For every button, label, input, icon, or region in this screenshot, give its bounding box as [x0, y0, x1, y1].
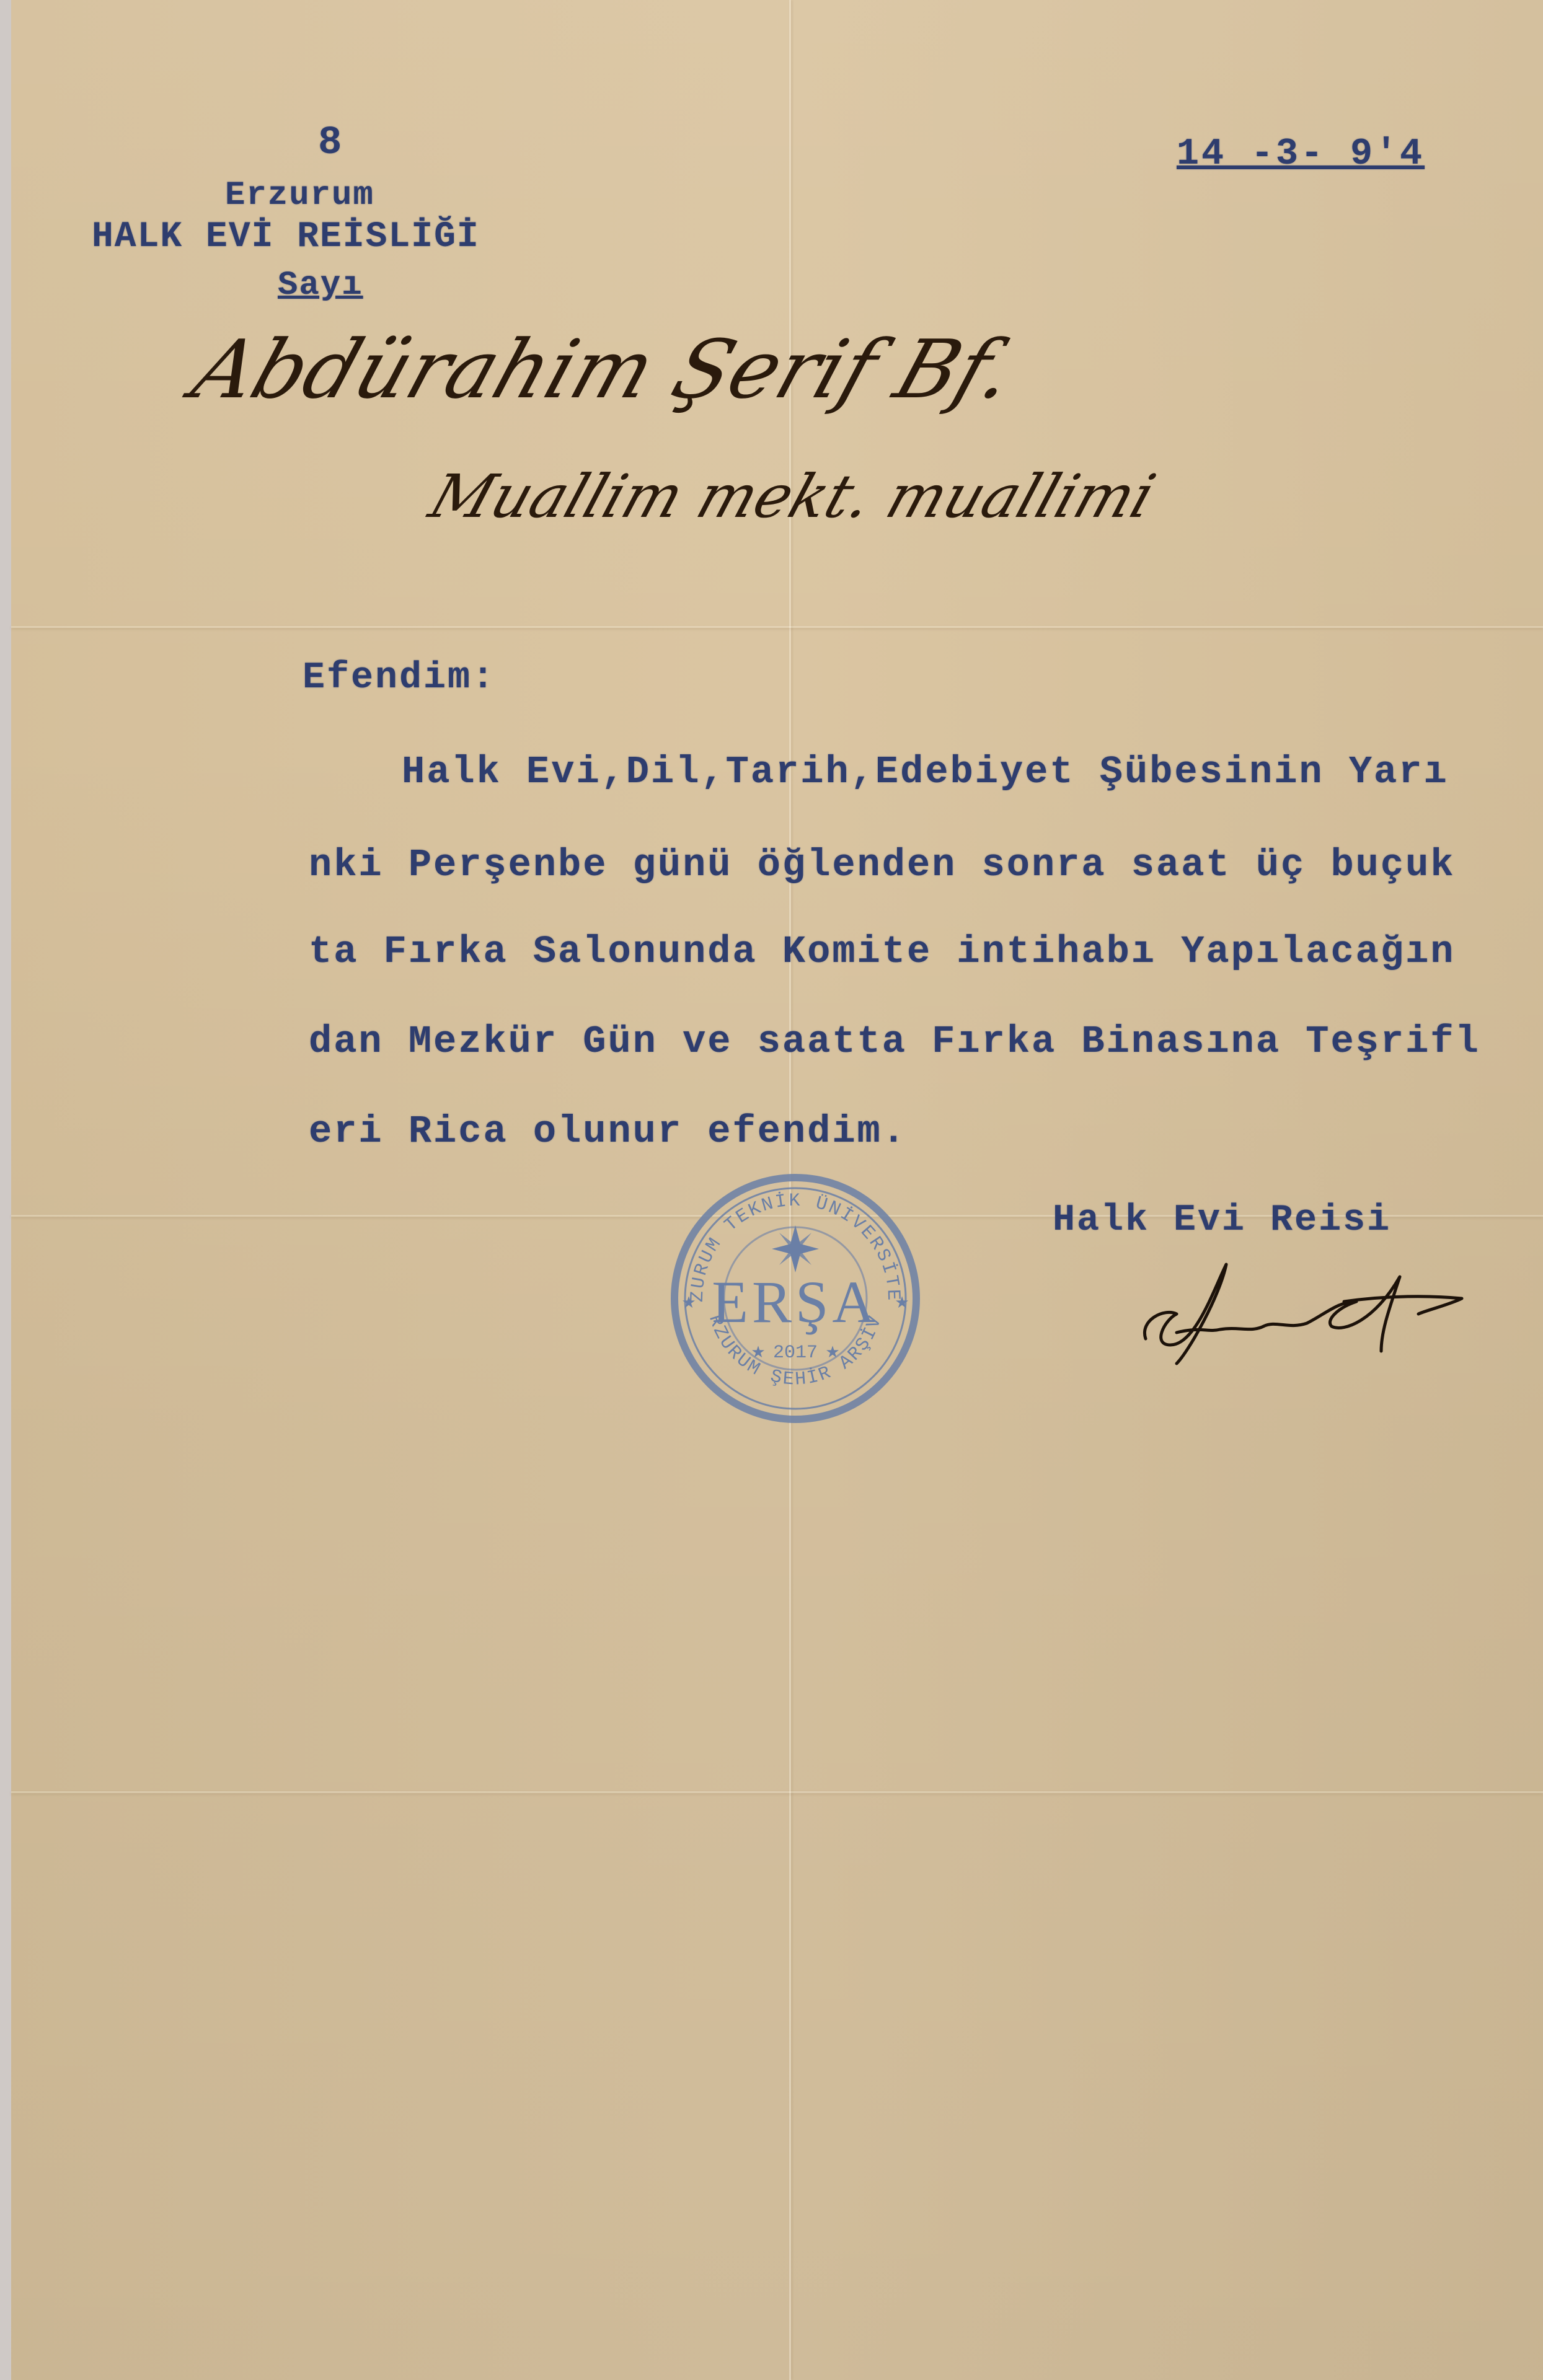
svg-text:★: ★: [751, 1343, 765, 1361]
letterhead-city: Erzurum: [225, 177, 374, 214]
archive-stamp: ERZURUM TEKNİK ÜNİVERSİTESİ ERZURUM ŞEHİ…: [665, 1168, 926, 1429]
body-line: eri Rica olunur efendim.: [309, 1109, 907, 1153]
recipient-name: Abdürahim Şerif Bf.: [182, 322, 1026, 416]
signature: [1139, 1252, 1511, 1379]
svg-text:ERŞA: ERŞA: [712, 1269, 878, 1335]
recipient-title: Muallim mekt. muallimi: [422, 462, 1164, 531]
body-line: ta Fırka Salonunda Komite intihabı Yapıl…: [309, 930, 1455, 974]
letterhead-office: HALK EVİ REİSLİĞİ: [92, 217, 480, 257]
archive-seal-icon: ERZURUM TEKNİK ÜNİVERSİTESİ ERZURUM ŞEHİ…: [665, 1168, 926, 1429]
body-line: Halk Evi,Dil,Tarih,Edebiyet Şübesinin Ya…: [402, 750, 1449, 794]
closing-title: Halk Evi Reisi: [1053, 1199, 1391, 1241]
body-line: nki Perşenbe günü öğlenden sonra saat üç…: [309, 843, 1455, 887]
letterhead-reference-label: Sayı: [278, 267, 363, 304]
signature-scribble-icon: [1139, 1252, 1511, 1376]
letter-date: 14 -3- 9'4: [1177, 133, 1425, 175]
svg-text:★: ★: [895, 1294, 909, 1311]
horizontal-fold-crease: [11, 1791, 1543, 1793]
horizontal-fold-crease: [11, 626, 1543, 628]
letter-page: 8 Erzurum HALK EVİ REİSLİĞİ Sayı 14 -3- …: [11, 0, 1543, 2380]
svg-text:2017: 2017: [773, 1342, 818, 1364]
svg-text:★: ★: [681, 1294, 696, 1311]
body-line: dan Mezkür Gün ve saatta Fırka Binasına …: [309, 1020, 1480, 1064]
salutation: Efendim:: [303, 657, 496, 699]
svg-text:★: ★: [825, 1343, 839, 1361]
letterhead-number-mark: 8: [318, 121, 343, 165]
